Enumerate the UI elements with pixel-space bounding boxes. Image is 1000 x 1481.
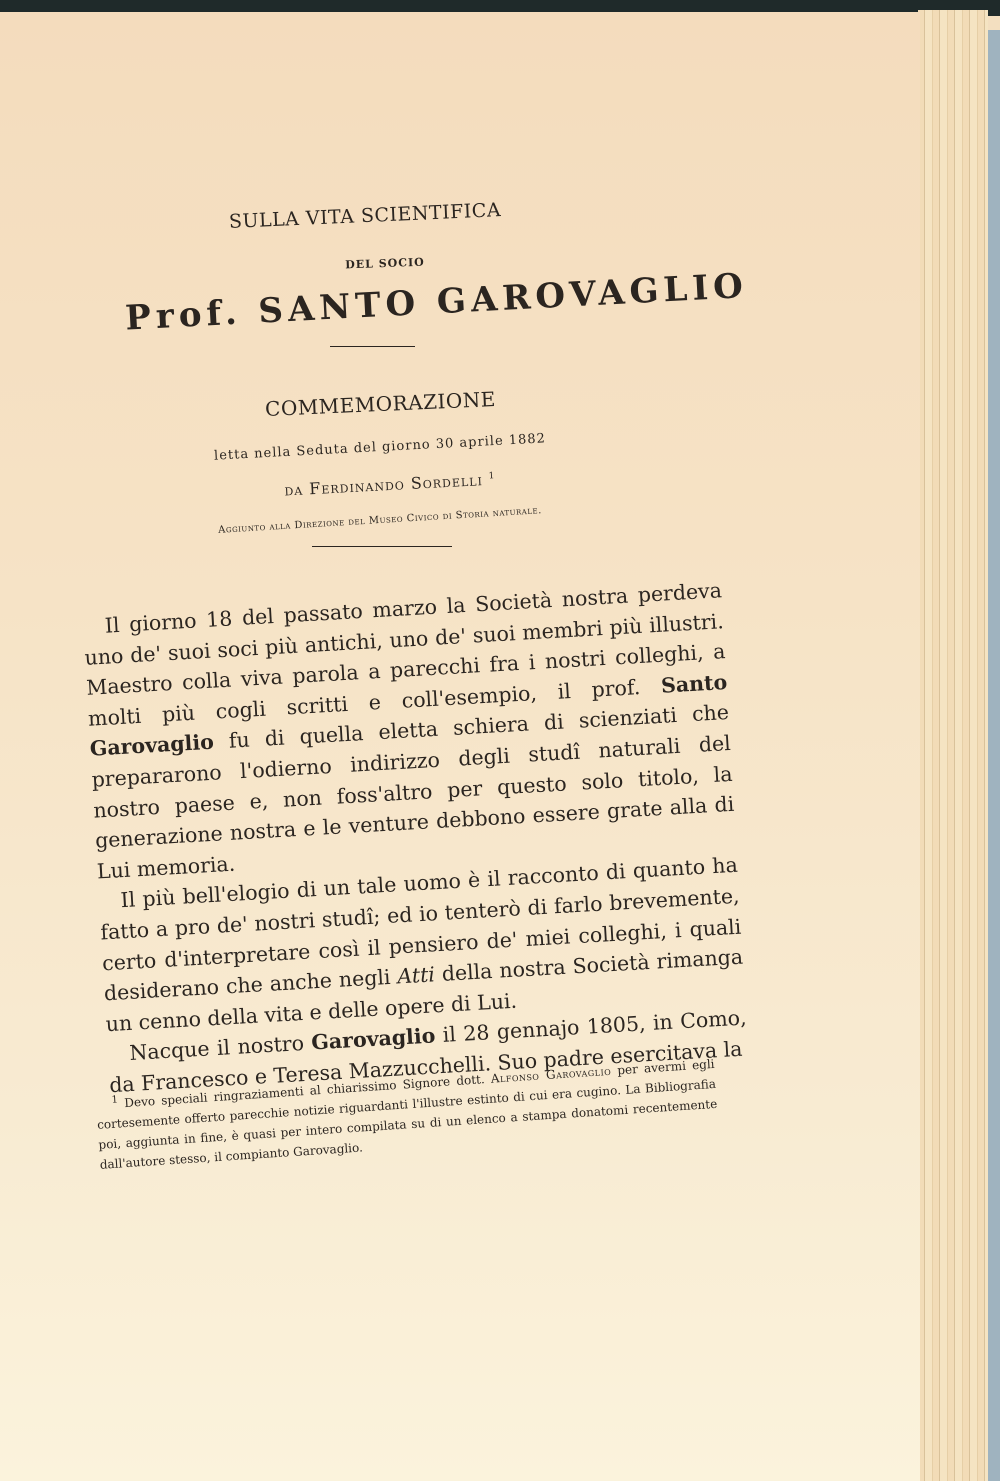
page-title: Prof. SANTO GAROVAGLIO: [124, 271, 645, 338]
divider: [312, 546, 452, 547]
footnote-name: Alfonso Garovaglio: [490, 1064, 611, 1086]
body-text: Il giorno 18 del passato marzo la Societ…: [82, 575, 749, 1101]
page-content: SULLA VITA SCIENTIFICA DEL SOCIO Prof. S…: [0, 0, 920, 1481]
title-line-1: SULLA VITA SCIENTIFICA: [220, 199, 511, 234]
paragraph: Il giorno 18 del passato marzo la Societ…: [82, 575, 737, 887]
reading-date: letta nella Seduta del giorno 30 aprile …: [190, 430, 570, 465]
title-line-2: DEL SOCIO: [330, 255, 440, 272]
page-stack-edges: [918, 10, 988, 1481]
section-title: COMMEMORAZIONE: [265, 387, 496, 421]
text-run: Nacque il nostro: [129, 1031, 312, 1065]
italic-title: Atti: [397, 962, 436, 988]
author-name: da Ferdinando Sordelli: [284, 470, 483, 499]
bold-name: Garovaglio: [311, 1024, 436, 1055]
footnote-mark: 1: [488, 471, 495, 481]
divider: [330, 346, 415, 347]
author-line: da Ferdinando Sordelli 1: [245, 467, 536, 501]
author-affiliation: Aggiunto alla Direzione del Museo Civico…: [160, 502, 600, 540]
